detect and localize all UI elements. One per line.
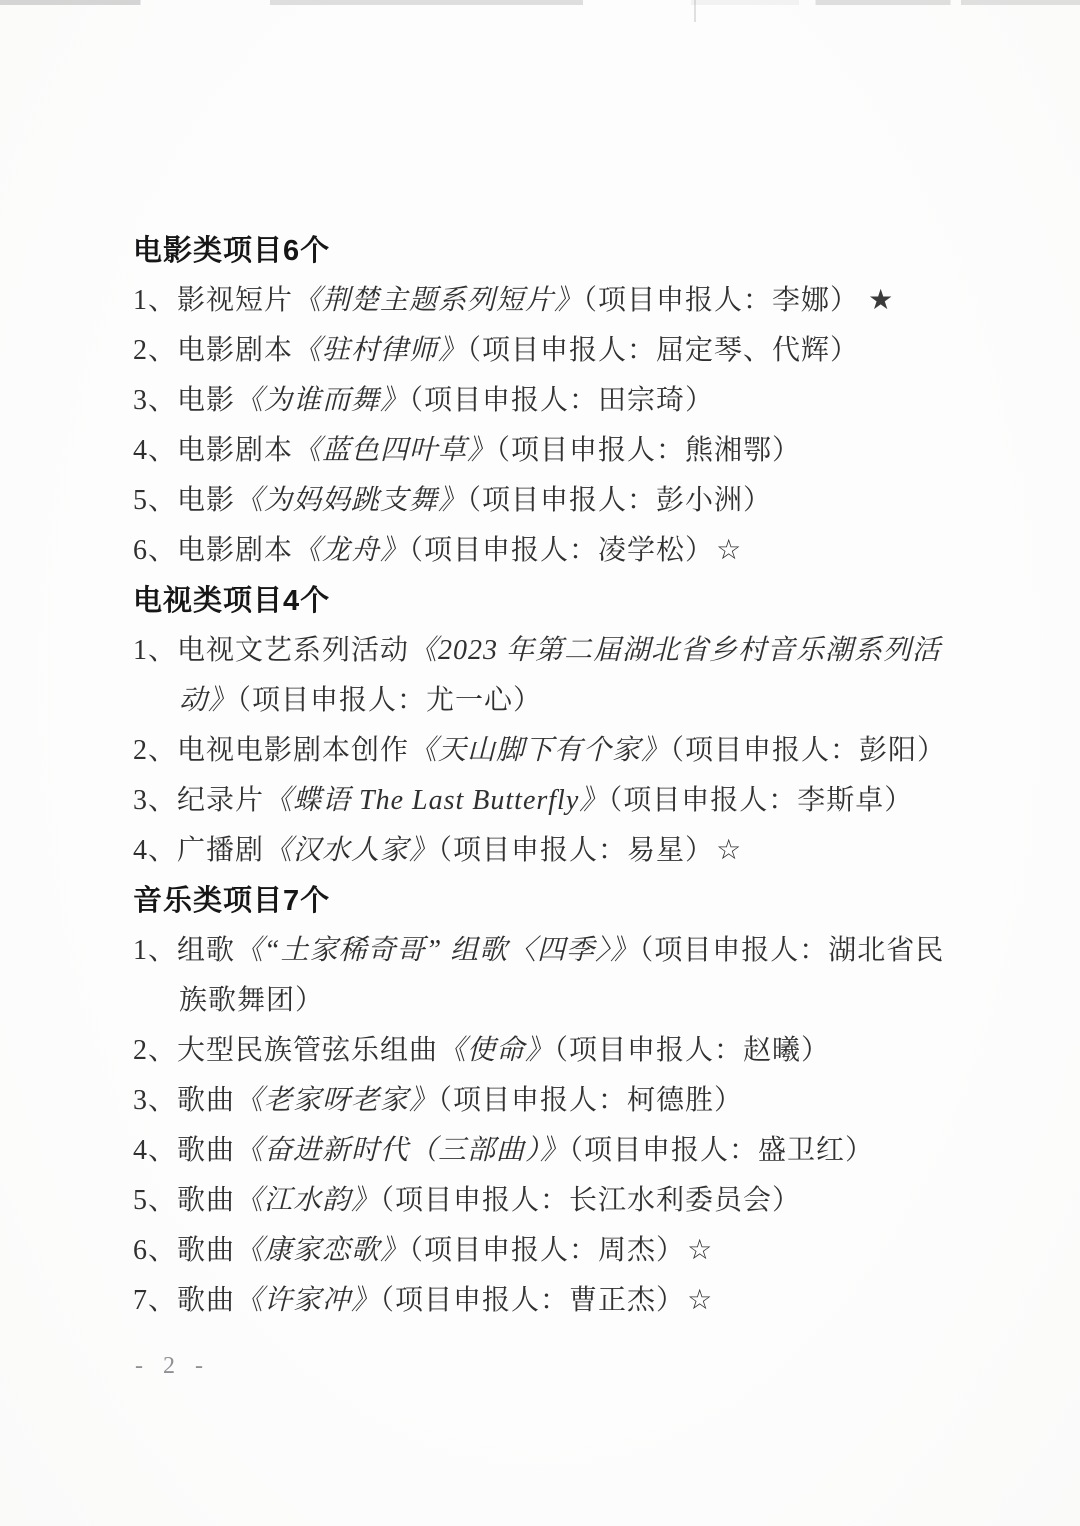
document-content: 电影类项目6个1、影视短片《荆楚主题系列短片》（项目申报人：李娜）★2、电影剧本… [133,226,951,1326]
work-title: 《龙舟》 [293,535,409,566]
item-number: 6、 [133,535,177,566]
applicant-info: （项目申报人：曹正杰） [380,1285,685,1316]
applicant-info: （项目申报人：李斯卓） [608,785,913,816]
work-type: 电视文艺系列活动 [177,635,409,666]
outline-star-icon: ☆ [716,835,742,866]
list-item: 4、广播剧《汉水人家》（项目申报人：易星）☆ [133,826,951,876]
work-type: 电影剧本 [177,335,293,366]
document-page: 电影类项目6个1、影视短片《荆楚主题系列短片》（项目申报人：李娜）★2、电影剧本… [0,0,1080,1526]
list-item: 6、电影剧本《龙舟》（项目申报人：凌学松）☆ [133,526,951,576]
work-title: 《蝶语 The Last Butterfly》 [264,785,608,816]
list-item: 1、电视文艺系列活动《2023 年第二届湖北省乡村音乐潮系列活动》（项目申报人：… [133,626,951,726]
work-type: 电影剧本 [177,435,293,466]
applicant-info: （项目申报人：屈定琴、代辉） [467,335,859,366]
applicant-info: （项目申报人：易星） [438,835,714,866]
work-title: 《使命》 [438,1035,554,1066]
applicant-info: （项目申报人：柯德胜） [438,1085,743,1116]
applicant-info: （项目申报人：盛卫红） [569,1135,874,1166]
work-title: 《驻村律师》 [293,335,467,366]
page-number: - 2 - [135,1351,210,1381]
item-number: 1、 [133,635,177,666]
item-number: 5、 [133,485,177,516]
list-item: 7、歌曲《许家冲》（项目申报人：曹正杰）☆ [133,1276,951,1326]
item-number: 1、 [133,935,177,966]
outline-star-icon: ☆ [687,1285,713,1316]
applicant-info: （项目申报人：尤一心） [237,685,542,716]
item-number: 1、 [133,285,177,316]
outline-star-icon: ☆ [716,535,742,566]
list-item: 2、大型民族管弦乐组曲《使命》（项目申报人：赵曦） [133,1026,951,1076]
work-title: 《奋进新时代（三部曲）》 [235,1135,569,1166]
work-title: 《“土家稀奇哥” 组歌〈四季〉》 [235,935,639,966]
item-number: 2、 [133,335,177,366]
item-number: 4、 [133,835,177,866]
work-title: 《为谁而舞》 [235,385,409,416]
item-number: 5、 [133,1185,177,1216]
applicant-info: （项目申报人：赵曦） [554,1035,830,1066]
section-heading: 电影类项目6个 [133,226,951,276]
list-item: 5、电影《为妈妈跳支舞》（项目申报人：彭小洲） [133,476,951,526]
work-title: 《康家恋歌》 [235,1235,409,1266]
scan-artifact-top-edge [0,0,1080,5]
scan-artifact-tick [694,0,696,22]
work-title: 《荆楚主题系列短片》 [293,285,583,316]
work-type: 影视短片 [177,285,293,316]
item-number: 4、 [133,1135,177,1166]
work-type: 电视电影剧本创作 [177,735,409,766]
item-number: 3、 [133,385,177,416]
item-number: 2、 [133,1035,177,1066]
work-type: 电影剧本 [177,535,293,566]
outline-star-icon: ☆ [687,1235,713,1266]
work-type: 纪录片 [177,785,264,816]
filled-star-icon: ★ [868,285,894,316]
list-item: 3、纪录片《蝶语 The Last Butterfly》（项目申报人：李斯卓） [133,776,951,826]
work-type: 大型民族管弦乐组曲 [177,1035,438,1066]
list-item: 2、电视电影剧本创作《天山脚下有个家》（项目申报人：彭阳） [133,726,951,776]
list-item: 4、电影剧本《蓝色四叶草》（项目申报人：熊湘鄂） [133,426,951,476]
work-title: 《天山脚下有个家》 [409,735,670,766]
work-type: 歌曲 [177,1185,235,1216]
applicant-info: （项目申报人：彭小洲） [467,485,772,516]
item-number: 2、 [133,735,177,766]
list-item: 1、影视短片《荆楚主题系列短片》（项目申报人：李娜）★ [133,276,951,326]
list-item: 1、组歌《“土家稀奇哥” 组歌〈四季〉》（项目申报人：湖北省民族歌舞团） [133,926,951,1026]
work-title: 《蓝色四叶草》 [293,435,496,466]
list-item: 3、电影《为谁而舞》（项目申报人：田宗琦） [133,376,951,426]
list-item: 3、歌曲《老家呀老家》（项目申报人：柯德胜） [133,1076,951,1126]
work-title: 《老家呀老家》 [235,1085,438,1116]
work-type: 歌曲 [177,1135,235,1166]
work-type: 歌曲 [177,1235,235,1266]
work-title: 《为妈妈跳支舞》 [235,485,467,516]
applicant-info: （项目申报人：田宗琦） [409,385,714,416]
list-item: 2、电影剧本《驻村律师》（项目申报人：屈定琴、代辉） [133,326,951,376]
work-type: 广播剧 [177,835,264,866]
item-number: 3、 [133,1085,177,1116]
item-number: 7、 [133,1285,177,1316]
applicant-info: （项目申报人：凌学松） [409,535,714,566]
applicant-info: （项目申报人：长江水利委员会） [380,1185,801,1216]
applicant-info: （项目申报人：熊湘鄂） [496,435,801,466]
item-number: 6、 [133,1235,177,1266]
list-item: 4、歌曲《奋进新时代（三部曲）》（项目申报人：盛卫红） [133,1126,951,1176]
applicant-info: （项目申报人：李娜） [583,285,859,316]
work-type: 电影 [177,485,235,516]
applicant-info: （项目申报人：彭阳） [670,735,946,766]
work-type: 组歌 [177,935,235,966]
work-type: 歌曲 [177,1285,235,1316]
list-item: 6、歌曲《康家恋歌》（项目申报人：周杰）☆ [133,1226,951,1276]
work-type: 电影 [177,385,235,416]
work-title: 《汉水人家》 [264,835,438,866]
work-title: 《江水韵》 [235,1185,380,1216]
work-title: 《许家冲》 [235,1285,380,1316]
item-number: 4、 [133,435,177,466]
list-item: 5、歌曲《江水韵》（项目申报人：长江水利委员会） [133,1176,951,1226]
work-type: 歌曲 [177,1085,235,1116]
item-number: 3、 [133,785,177,816]
section-heading: 音乐类项目7个 [133,876,951,926]
section-heading: 电视类项目4个 [133,576,951,626]
applicant-info: （项目申报人：周杰） [409,1235,685,1266]
